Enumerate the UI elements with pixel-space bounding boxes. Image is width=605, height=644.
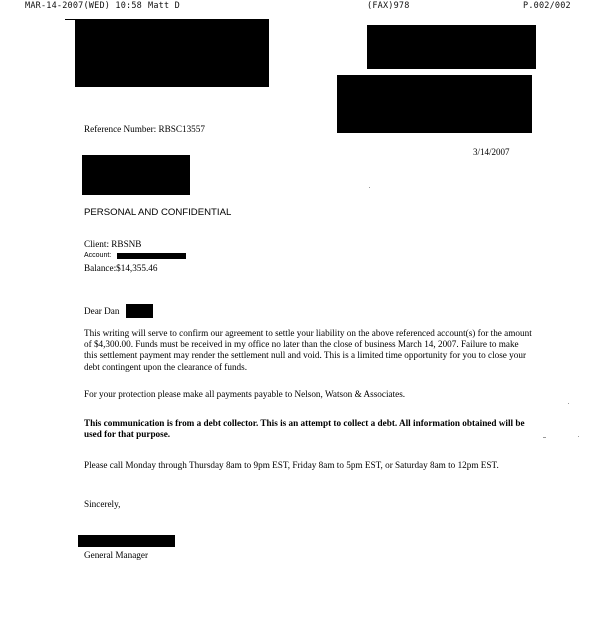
confidential-heading: PERSONAL AND CONFIDENTIAL [84,207,231,218]
letter-date: 3/14/2007 [473,147,510,158]
fax-sender: Matt D [148,1,180,11]
scan-speck [568,403,569,404]
redacted-logo [75,19,269,87]
closing: Sincerely, [84,499,120,510]
scan-speck [369,187,370,188]
fax-number: (FAX)978 [367,1,410,11]
scan-speck [578,436,579,437]
signer-title: General Manager [84,550,148,561]
fax-header: MAR-14-2007(WED) 10:58 Matt D (FAX)978 P… [0,0,605,12]
payment-paragraph: For your protection please make all paym… [84,389,534,400]
scan-speck [543,437,546,438]
fax-datetime: MAR-14-2007(WED) 10:58 [25,1,142,11]
redacted-contact-info [337,75,532,133]
debt-collector-notice: This communication is from a debt collec… [84,418,534,440]
salutation: Dear Dan [84,306,119,317]
account-label: Account: [84,252,111,259]
redacted-recipient-address [82,155,190,195]
client-line: Client: RBSNB [84,239,141,250]
reference-number: Reference Number: RBSC13557 [84,124,205,135]
settlement-paragraph: This writing will serve to confirm our a… [84,328,534,373]
fax-page-number: P.002/002 [523,1,571,11]
balance-line: Balance:$14,355.46 [84,263,157,274]
redacted-last-name [126,304,153,318]
redacted-signer-name [78,535,175,547]
redacted-account-number [117,253,186,259]
redacted-sender-address [367,25,536,69]
call-hours-paragraph: Please call Monday through Thursday 8am … [84,460,534,471]
